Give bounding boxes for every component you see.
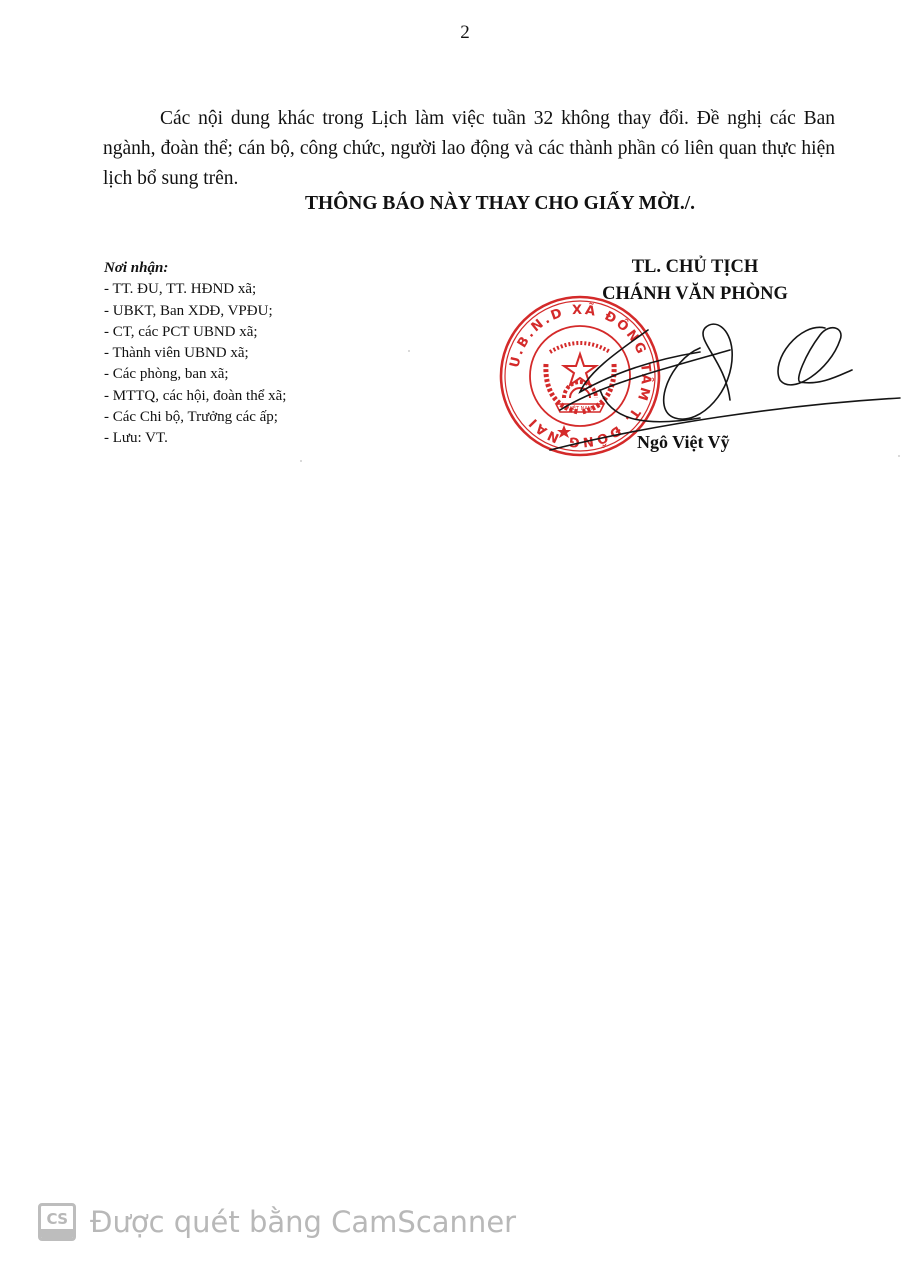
recipients-list: - TT. ĐU, TT. HĐND xã;- UBKT, Ban XDĐ, V… <box>104 279 286 449</box>
recipient-item: - Các Chi bộ, Trưởng các ấp; <box>104 407 286 428</box>
scan-speck <box>898 455 900 457</box>
scan-speck <box>570 115 572 117</box>
camscanner-logo-icon: CS <box>38 1203 76 1241</box>
camscanner-watermark: CS Được quét bằng CamScanner <box>38 1203 516 1241</box>
scan-speck <box>438 208 440 210</box>
signer-title-line1: TL. CHỦ TỊCH <box>560 254 830 281</box>
recipients-block: Nơi nhận: - TT. ĐU, TT. HĐND xã;- UBKT, … <box>104 258 286 450</box>
notice-line: THÔNG BÁO NÀY THAY CHO GIẤY MỜI./. <box>0 193 912 215</box>
recipient-item: - Các phòng, ban xã; <box>104 364 286 385</box>
recipient-item: - Lưu: VT. <box>104 428 286 449</box>
recipient-item: - TT. ĐU, TT. HĐND xã; <box>104 279 286 300</box>
body-paragraph: Các nội dung khác trong Lịch làm việc tu… <box>103 104 835 194</box>
recipient-item: - MTTQ, các hội, đoàn thể xã; <box>104 386 286 407</box>
recipient-item: - UBKT, Ban XDĐ, VPĐU; <box>104 301 286 322</box>
recipient-item: - Thành viên UBND xã; <box>104 343 286 364</box>
recipient-item: - CT, các PCT UBND xã; <box>104 322 286 343</box>
watermark-text: Được quét bằng CamScanner <box>90 1205 516 1239</box>
scan-speck <box>300 460 302 462</box>
scan-speck <box>408 350 410 352</box>
signer-name: Ngô Việt Vỹ <box>637 432 730 453</box>
recipients-heading: Nơi nhận: <box>104 258 286 279</box>
page-number: 2 <box>0 22 912 44</box>
